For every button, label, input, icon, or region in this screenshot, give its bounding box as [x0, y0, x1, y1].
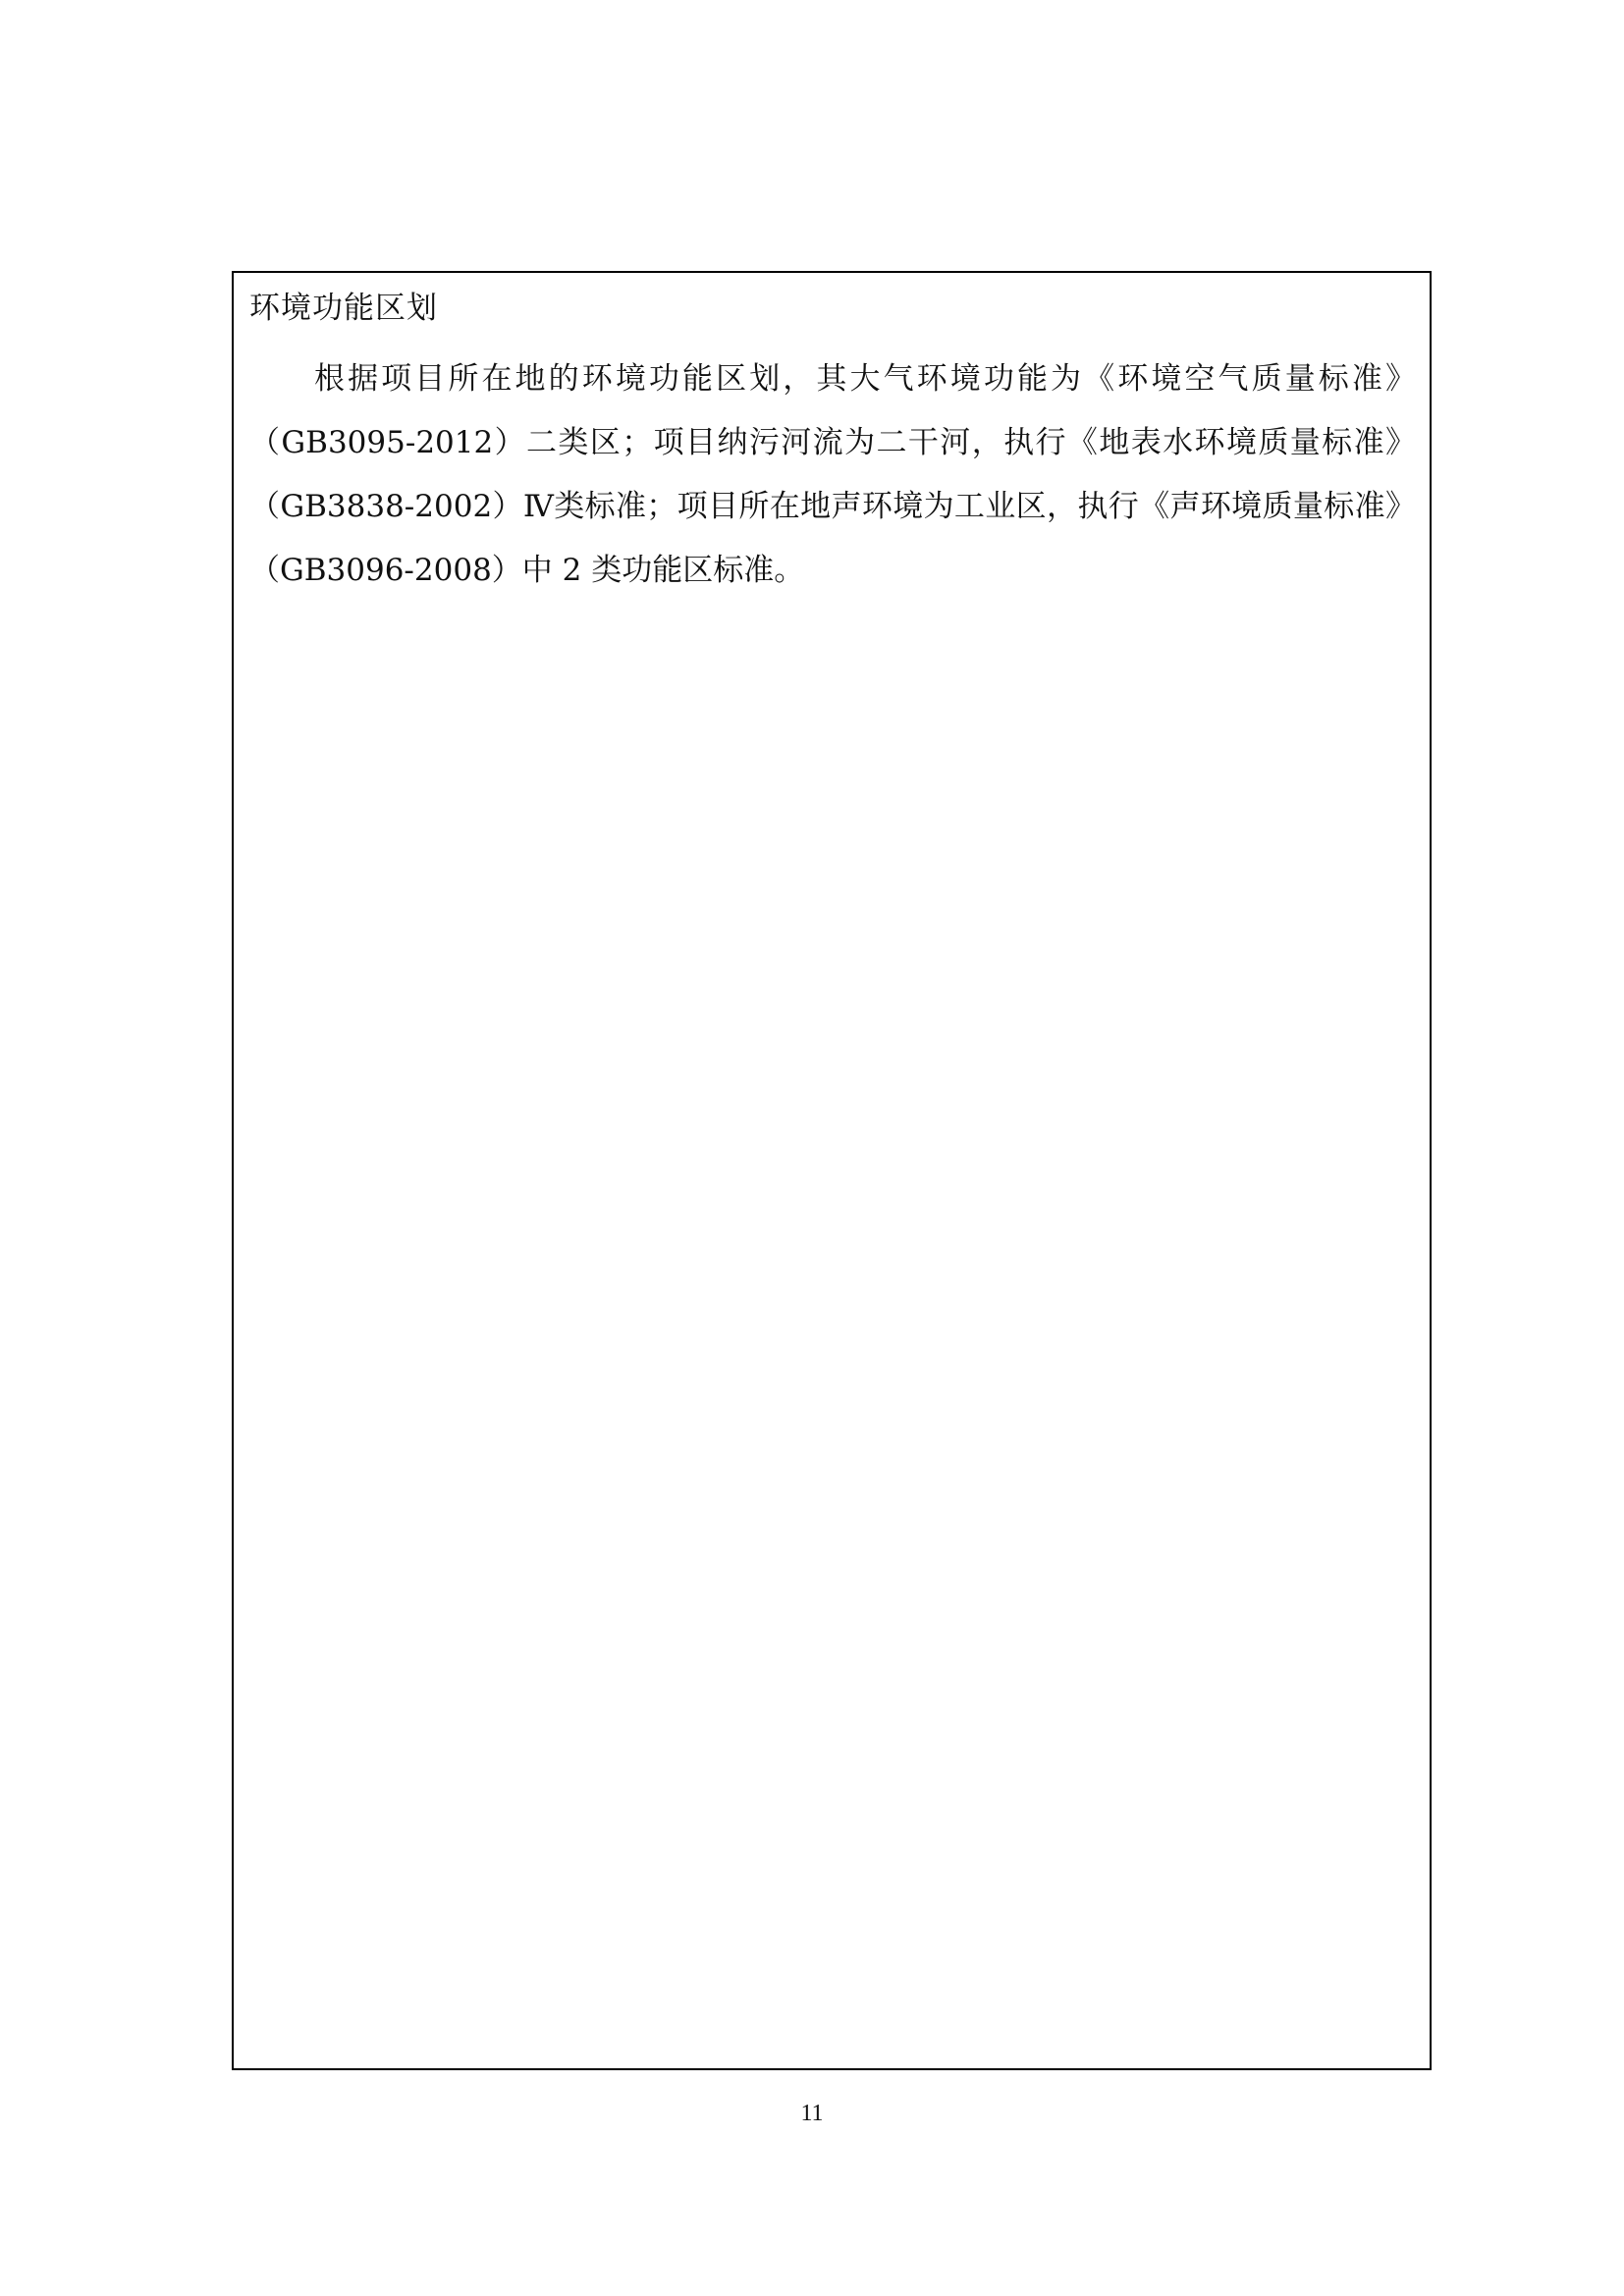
content-frame: 环境功能区划 根据项目所在地的环境功能区划，其大气环境功能为《环境空气质量标准》… [232, 271, 1432, 2070]
paragraph-line: （GB3838-2002）Ⅳ类标准；项目所在地声环境为工业区，执行《声环境质量标… [249, 475, 1416, 539]
section-heading: 环境功能区划 [249, 289, 438, 328]
paragraph-line: （GB3095-2012）二类区；项目纳污河流为二干河，执行《地表水环境质量标准… [249, 411, 1416, 475]
page-number: 11 [0, 2101, 1624, 2127]
paragraph-line: （GB3096-2008）中 2 类功能区标准。 [249, 539, 1416, 603]
body-paragraph: 根据项目所在地的环境功能区划，其大气环境功能为《环境空气质量标准》 （GB309… [249, 347, 1416, 603]
paragraph-line: 根据项目所在地的环境功能区划，其大气环境功能为《环境空气质量标准》 [249, 347, 1416, 411]
